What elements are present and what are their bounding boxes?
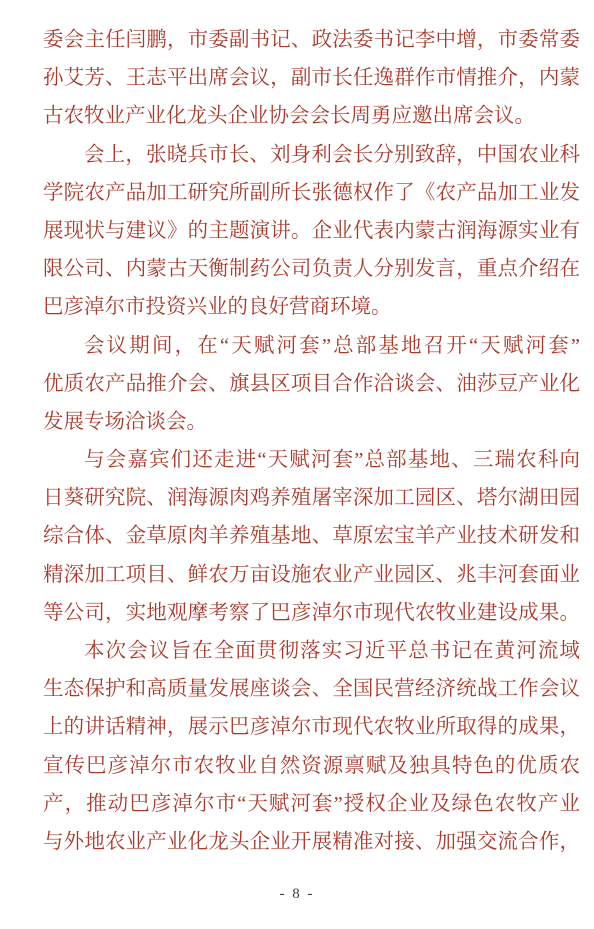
text-line: 本次会议旨在全面贯彻落实习近平总书记在黄河流域: [43, 632, 580, 670]
text-line: 委会主任闫鹏，市委副书记、政法委书记李中增，市委常委: [43, 21, 580, 59]
text-line: 限公司、内蒙古天衡制药公司负责人分别发言，重点介绍在: [43, 250, 580, 288]
text-line: 学院农产品加工研究所副所长张德权作了《农产品加工业发: [43, 174, 580, 212]
text-line: 综合体、金草原肉羊养殖基地、草原宏宝羊产业技术研发和: [43, 517, 580, 555]
page-number: - 8 -: [0, 886, 594, 903]
text-line: 产，推动巴彦淖尔市“天赋河套”授权企业及绿色农牧产业: [43, 785, 580, 823]
text-line: 会上，张晓兵市长、刘身利会长分别致辞，中国农业科: [43, 136, 580, 174]
body-text: 委会主任闫鹏，市委副书记、政法委书记李中增，市委常委孙艾芳、王志平出席会议，副市…: [43, 21, 580, 861]
text-line: 等公司，实地观摩考察了巴彦淖尔市现代农牧业建设成果。: [43, 594, 580, 632]
document-page: 委会主任闫鹏，市委副书记、政法委书记李中增，市委常委孙艾芳、王志平出席会议，副市…: [0, 0, 594, 929]
text-line: 孙艾芳、王志平出席会议，副市长任逸群作市情推介，内蒙: [43, 59, 580, 97]
text-line: 会议期间，在“天赋河套”总部基地召开“天赋河套”: [43, 327, 580, 365]
text-line: 展现状与建议》的主题演讲。企业代表内蒙古润海源实业有: [43, 212, 580, 250]
text-line: 与会嘉宾们还走进“天赋河套”总部基地、三瑞农科向: [43, 441, 580, 479]
text-line: 精深加工项目、鲜农万亩设施农业产业园区、兆丰河套面业: [43, 556, 580, 594]
text-line: 上的讲话精神，展示巴彦淖尔市现代农牧业所取得的成果，: [43, 708, 580, 746]
text-line: 发展专场洽谈会。: [43, 403, 580, 441]
text-line: 古农牧业产业化龙头企业协会会长周勇应邀出席会议。: [43, 97, 580, 135]
text-line: 生态保护和高质量发展座谈会、全国民营经济统战工作会议: [43, 670, 580, 708]
text-line: 巴彦淖尔市投资兴业的良好营商环境。: [43, 288, 580, 326]
text-line: 日葵研究院、润海源肉鸡养殖屠宰深加工园区、塔尔湖田园: [43, 479, 580, 517]
text-line: 与外地农业产业化龙头企业开展精准对接、加强交流合作，: [43, 823, 580, 861]
text-line: 宣传巴彦淖尔市农牧业自然资源禀赋及独具特色的优质农: [43, 747, 580, 785]
text-line: 优质农产品推介会、旗县区项目合作洽谈会、油莎豆产业化: [43, 365, 580, 403]
